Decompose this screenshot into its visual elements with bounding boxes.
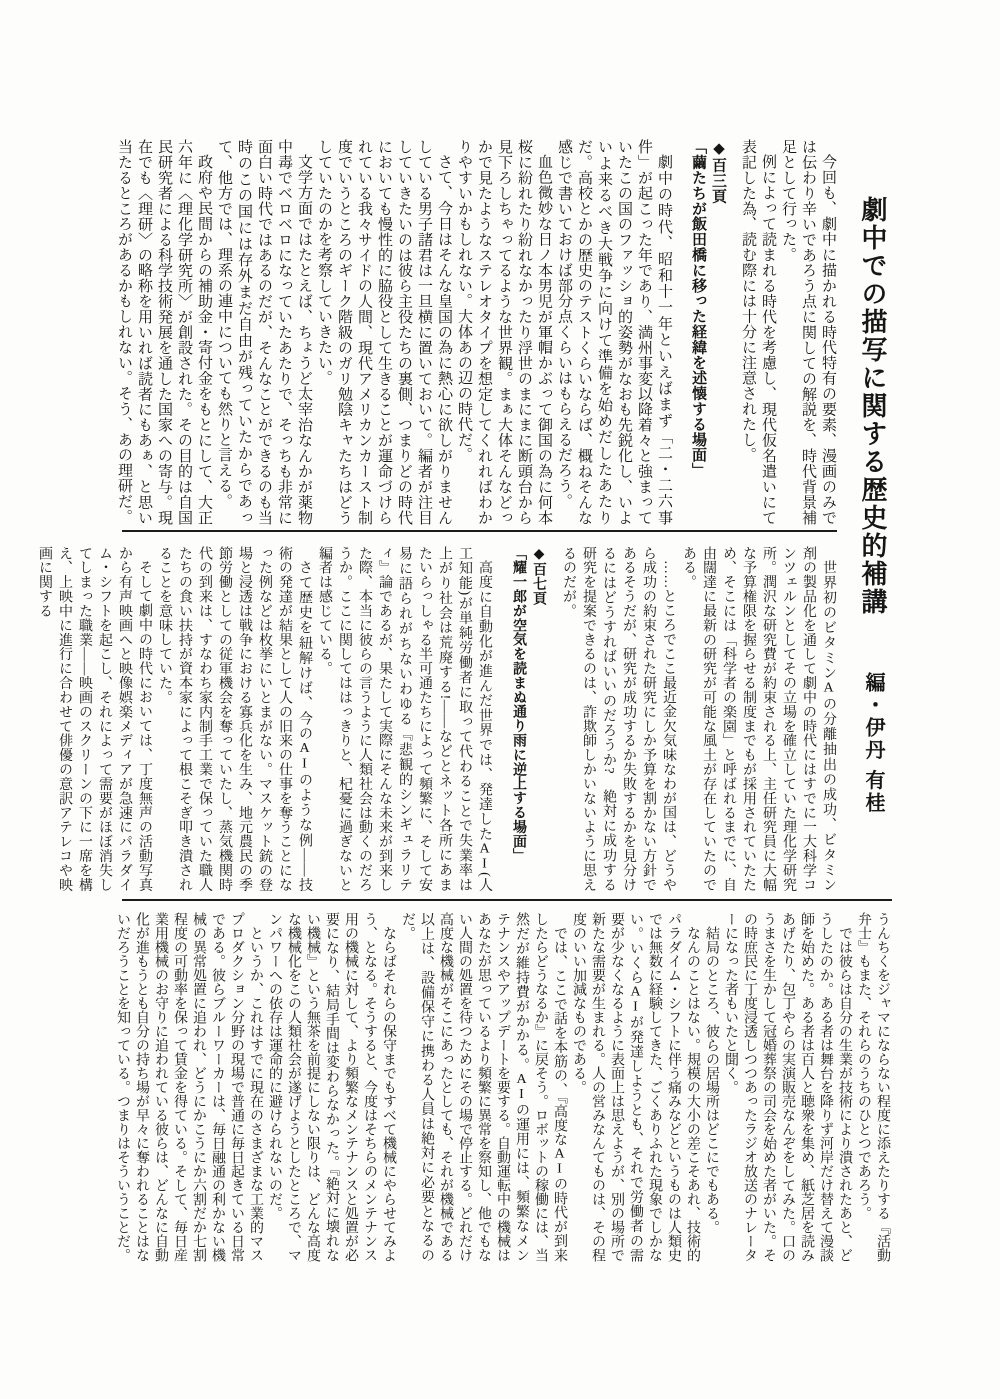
- paragraph: さて歴史を紐解けば、今のAIのような例――技術の発達が結果として人の旧来の仕事を…: [154, 546, 314, 892]
- text-band-top: 今回も、劇中に描かれる時代特有の要素、漫画のみでは伝わり辛いであろう点に関しての…: [114, 139, 838, 525]
- paragraph: というか、これはすでに現在のさまざまな工業的マスプロダクション分野の現場で普通に…: [113, 912, 265, 1262]
- paragraph: では、ここで話を本筋の、『高度なAIの時代が到来したらどうなるか』に戻そう。ロボ…: [398, 912, 569, 1262]
- section-divider-rule-2: [122, 899, 892, 901]
- paragraph: 結局のところ、彼らの居場所はどこにでもある。: [702, 912, 721, 1262]
- scanned-document-page: 劇中での描写に関する歴史的補講 編・伊丹 有桂 今回も、劇中に描かれる時代特有の…: [0, 0, 1000, 1399]
- paragraph: 世界初のビタミンAの分離抽出の成功、ビタミン剤の製品化を通して劇中の時代にはすで…: [678, 546, 838, 892]
- paragraph: 政府や民間からの補助金・寄付金をもとにして、大正六年に〈理化学研究所〉が創設され…: [114, 139, 214, 525]
- text-band-bottom: うんちくをジャマにならない程度に添えたりする『活動弁士』もまた、それらのうちのひ…: [113, 912, 892, 1262]
- page-title: 劇中での描写に関する歴史的補講: [854, 196, 891, 616]
- paragraph: 文学方面ではたとえば、ちょうど太宰治なんかが薬物中毒でベロベロになっていたあたり…: [214, 139, 314, 525]
- paragraph: 例によって読まれる時代を考慮し、現代仮名遣いにて表記した為、読む際には十分に注意…: [738, 139, 778, 525]
- latin-upright-text: A: [821, 681, 836, 696]
- latin-upright-text: AI: [297, 741, 312, 772]
- paragraph: 血色微妙な日ノ本男児が軍帽かぶって御国の為に何本桜に紛れたり紛れなかったり浮世の…: [454, 139, 554, 525]
- paragraph-continued: うんちくをジャマにならない程度に添えたりする『活動弁士』もまた、それらのうちのひ…: [854, 912, 892, 1262]
- latin-upright-text: AI: [552, 1147, 567, 1177]
- section-heading: ◆百三頁: [708, 139, 728, 525]
- latin-upright-text: AI: [477, 841, 492, 872]
- section-divider-rule-1: [122, 530, 837, 532]
- editor-credit: 編・伊丹 有桂: [859, 672, 888, 815]
- paragraph: 高度に自動化が進んだ世界では、発達したAI(人工知能)が単純労働者に取って代わる…: [314, 546, 494, 892]
- paragraph: ……ところでここ最近金欠気味なわが国は、どうやら成功の約束された研究にしか予算を…: [558, 546, 678, 892]
- paragraph: 今回も、劇中に描かれる時代特有の要素、漫画のみでは伝わり辛いであろう点に関しての…: [778, 139, 838, 525]
- section-heading: ◆百七頁: [528, 546, 548, 892]
- latin-upright-text: AI: [514, 1072, 529, 1102]
- paragraph: さて、今日はそんな皇国の為に熱心に欲しがりませんしている男子諸君は一旦横に置いて…: [314, 139, 454, 525]
- paragraph: では彼らは自分の生業が技術により潰されたあと、どうしたのか。ある者は舞台を降りず…: [721, 912, 854, 1262]
- text-band-middle: 世界初のビタミンAの分離抽出の成功、ビタミン剤の製品化を通して劇中の時代にはすで…: [34, 546, 838, 892]
- section-subtitle: 「繭たちが飯田橋に移った経緯を述懐する場面」: [688, 139, 708, 525]
- paragraph: 劇中の時代、昭和十一年といえばまず「二・二六事件」が起こった年であり、満州事変以…: [554, 139, 674, 525]
- section-subtitle: 「耀一郎が空気を読まぬ通り雨に逆上する場面」: [508, 546, 528, 892]
- latin-upright-text: AI: [628, 985, 643, 1015]
- paragraph: なんのことはない。規模の大小の差こそあれ、技術的パラダイム・シフトに伴う痛みなど…: [569, 912, 702, 1262]
- paragraph: そして劇中の時代においては、丁度無声の活動写真から有声映画へと映像娯楽メディアが…: [34, 546, 154, 892]
- paragraph: ならばそれらの保守までもすべて機械にやらせてみよう、となる。そうすると、今度はそ…: [265, 912, 398, 1262]
